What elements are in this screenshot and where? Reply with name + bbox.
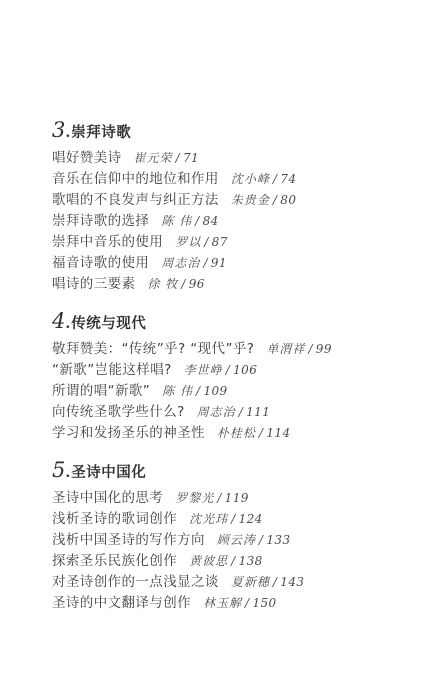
entry-author: 罗黎光 [175,491,214,505]
entry-title: “新歌”岂能这样唱? [52,362,172,378]
entry-page-number: 109 [203,384,227,398]
entry-title: 唱好赞美诗 [52,150,122,166]
section-heading: 3.崇拜诗歌 [52,120,422,142]
toc-entry: 敬拜赞美：“传统”乎? “现代”乎?单渭祥/99 [52,339,422,360]
entry-page-number: 138 [239,554,263,568]
entry-page: /84 [195,214,219,228]
entry-page: /99 [308,342,332,356]
entry-page-number: 91 [211,256,227,270]
toc-entry: 圣诗的中文翻译与创作林玉解/150 [52,593,422,614]
toc-entry: 音乐在信仰中的地位和作用沈小峰/74 [52,169,422,190]
entry-title: 向传统圣歌学些什么? [52,404,185,420]
entry-author: 徐 牧 [147,277,178,291]
toc-entry: 探索圣乐民族化创作黄彼思/138 [52,551,422,572]
entry-title: 唱诗的三要素 [52,276,135,292]
entry-author: 林玉解 [203,596,242,610]
entry-page-number: 96 [189,277,205,291]
toc-entry: 福音诗歌的使用周志治/91 [52,253,422,274]
toc-entry: 所谓的唱“新歌”陈 伟/109 [52,381,422,402]
entry-author: 周志治 [197,405,236,419]
entry-page-separator: / [181,277,185,291]
entry-page: /91 [203,256,227,270]
section-number: 4 [52,311,65,331]
entry-author: 崔元荣 [134,151,173,165]
entry-page: /109 [196,384,228,398]
section-number-dot: . [65,316,70,332]
entry-page-number: 133 [266,533,290,547]
entry-page-separator: / [195,214,199,228]
entry-title: 崇拜中音乐的使用 [52,234,163,250]
entry-title: 学习和发扬圣乐的神圣性 [52,425,205,441]
toc-entry: “新歌”岂能这样唱?李世峥/106 [52,360,422,381]
entry-page-separator: / [308,342,312,356]
entry-author: 陈 伟 [162,384,193,398]
entry-page-number: 111 [246,405,270,419]
section-title: 圣诗中国化 [71,461,146,482]
entry-title: 探索圣乐民族化创作 [52,553,177,569]
entry-page-separator: / [245,596,249,610]
section-number-dot: . [65,125,70,141]
entry-page-number: 87 [212,235,228,249]
toc-entry: 唱诗的三要素徐 牧/96 [52,274,422,295]
entry-page-separator: / [273,193,277,207]
entry-page-number: 74 [280,172,296,186]
toc-entry: 歌唱的不良发声与纠正方法朱贵金/80 [52,190,422,211]
entry-page-number: 114 [266,426,290,440]
toc-entry: 对圣诗创作的一点浅显之谈夏新穗/143 [52,572,422,593]
toc-entry: 学习和发扬圣乐的神圣性朴桂松/114 [52,423,422,444]
toc-section: 4.传统与现代敬拜赞美：“传统”乎? “现代”乎?单渭祥/99“新歌”岂能这样唱… [52,311,422,444]
entry-page: /114 [259,426,291,440]
entry-page: /124 [231,512,263,526]
entry-author: 沈小峰 [231,172,270,186]
entry-page-number: 124 [239,512,263,526]
entry-page-separator: / [273,575,277,589]
entry-author: 朱贵金 [231,193,270,207]
toc-section: 3.崇拜诗歌唱好赞美诗崔元荣/71音乐在信仰中的地位和作用沈小峰/74歌唱的不良… [52,120,422,295]
toc-entry: 圣诗中国化的思考罗黎光/119 [52,488,422,509]
entry-title: 浅析中国圣诗的写作方向 [52,532,205,548]
entry-title: 敬拜赞美：“传统”乎? “现代”乎? [52,341,254,357]
entry-page-number: 71 [183,151,199,165]
toc-content: 3.崇拜诗歌唱好赞美诗崔元荣/71音乐在信仰中的地位和作用沈小峰/74歌唱的不良… [52,120,422,628]
book-toc-page: 3.崇拜诗歌唱好赞美诗崔元荣/71音乐在信仰中的地位和作用沈小峰/74歌唱的不良… [0,0,448,678]
entry-page-separator: / [231,512,235,526]
entry-author: 罗以 [175,235,201,249]
entry-author: 周志治 [161,256,200,270]
section-title: 崇拜诗歌 [71,121,131,142]
section-heading: 4.传统与现代 [52,311,422,333]
entry-title: 福音诗歌的使用 [52,255,149,271]
entry-author: 朴桂松 [217,426,256,440]
entry-page-number: 119 [225,491,249,505]
toc-entry: 浅析中国圣诗的写作方向顾云涛/133 [52,530,422,551]
entry-page-separator: / [231,554,235,568]
entry-author: 顾云涛 [217,533,256,547]
section-number: 5 [52,460,65,480]
entry-page-number: 80 [280,193,296,207]
entry-title: 音乐在信仰中的地位和作用 [52,171,219,187]
entry-page: /87 [204,235,228,249]
entry-page: /71 [176,151,200,165]
toc-section: 5.圣诗中国化圣诗中国化的思考罗黎光/119浅析圣诗的歌词创作沈光玮/124浅析… [52,460,422,614]
entry-author: 单渭祥 [266,342,305,356]
entry-page: /138 [231,554,263,568]
entry-page: /96 [181,277,205,291]
entry-page: /106 [226,363,258,377]
entry-author: 黄彼思 [189,554,228,568]
entry-title: 所谓的唱“新歌” [52,383,150,399]
entry-page-number: 106 [233,363,257,377]
toc-entry: 唱好赞美诗崔元荣/71 [52,148,422,169]
section-number-dot: . [65,465,70,481]
entry-title: 圣诗的中文翻译与创作 [52,595,191,611]
entry-page: /111 [239,405,271,419]
entry-page-separator: / [239,405,243,419]
entry-page: /80 [273,193,297,207]
entry-title: 圣诗中国化的思考 [52,490,163,506]
entry-page-separator: / [176,151,180,165]
toc-entry: 向传统圣歌学些什么?周志治/111 [52,402,422,423]
entry-page-separator: / [226,363,230,377]
entry-page-separator: / [273,172,277,186]
entry-page: /119 [217,491,249,505]
section-title: 传统与现代 [71,312,146,333]
toc-entry: 浅析圣诗的歌词创作沈光玮/124 [52,509,422,530]
entry-author: 陈 伟 [161,214,192,228]
toc-entry: 崇拜诗歌的选择陈 伟/84 [52,211,422,232]
entry-page-number: 99 [316,342,332,356]
entry-title: 歌唱的不良发声与纠正方法 [52,192,219,208]
toc-entry: 崇拜中音乐的使用罗以/87 [52,232,422,253]
entry-page-separator: / [217,491,221,505]
entry-page-number: 84 [203,214,219,228]
entry-page: /133 [259,533,291,547]
entry-author: 李世峥 [184,363,223,377]
entry-page: /74 [273,172,297,186]
entry-page-separator: / [203,256,207,270]
entry-page-separator: / [196,384,200,398]
entry-title: 浅析圣诗的歌词创作 [52,511,177,527]
entry-author: 沈光玮 [189,512,228,526]
entry-page-separator: / [204,235,208,249]
entry-title: 对圣诗创作的一点浅显之谈 [52,574,219,590]
entry-author: 夏新穗 [231,575,270,589]
entry-page: /143 [273,575,305,589]
entry-page-separator: / [259,533,263,547]
entry-title: 崇拜诗歌的选择 [52,213,149,229]
entry-page-number: 143 [280,575,304,589]
entry-page: /150 [245,596,277,610]
entry-page-number: 150 [252,596,276,610]
section-heading: 5.圣诗中国化 [52,460,422,482]
entry-page-separator: / [259,426,263,440]
section-number: 3 [52,120,65,140]
